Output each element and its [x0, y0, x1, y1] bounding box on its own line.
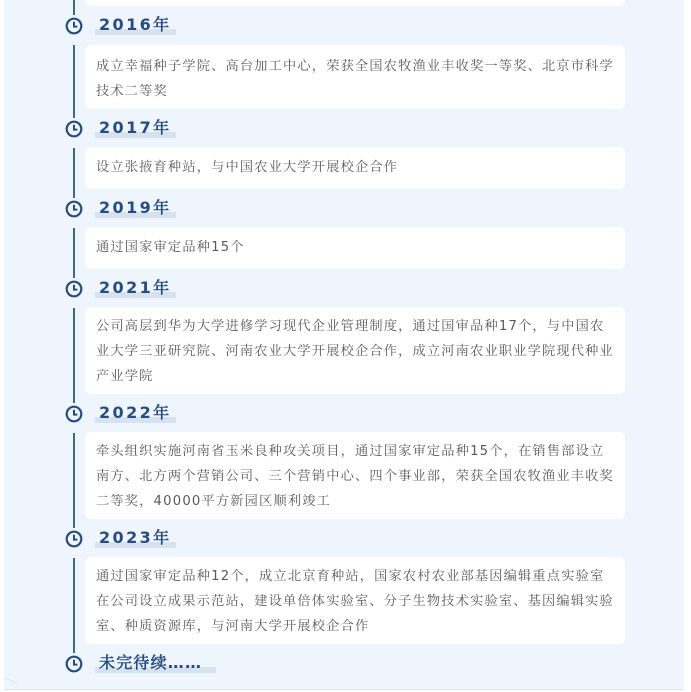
clock-icon [65, 530, 83, 548]
year-label: 2016年 [99, 14, 172, 36]
year-row-2021: 2021年 [0, 277, 300, 299]
card-text: 公司高层到华为大学进修学习现代企业管理制度，通过国审品种17个，与中国农业大学三… [96, 319, 614, 384]
card-text: 牵头组织实施河南省玉米良种攻关项目，通过国家审定品种15个，在销售部设立南方、北… [96, 444, 614, 509]
to-be-continued-label: 未完待续…… [99, 652, 202, 674]
year-label: 2021年 [99, 277, 172, 299]
timeline-line [73, 45, 75, 118]
year-row-2023: 2023年 [0, 527, 300, 549]
timeline-line [73, 0, 75, 15]
clock-icon [65, 280, 83, 298]
timeline-line [73, 308, 75, 403]
timeline-line [73, 433, 75, 528]
timeline-line [73, 558, 75, 653]
timeline-line [73, 148, 75, 198]
card-text: 通过国家审定品种12个，成立北京育种站，国家农村农业部基因编辑重点实验室在公司设… [96, 569, 614, 634]
year-label: 2023年 [99, 527, 172, 549]
year-label: 2019年 [99, 197, 172, 219]
timeline-card-2019: 通过国家审定品种15个 [85, 227, 625, 269]
card-text: 通过国家审定品种15个 [96, 240, 245, 255]
year-label: 2022年 [99, 402, 172, 424]
timeline-card-2017: 设立张掖育种站，与中国农业大学开展校企合作 [85, 147, 625, 189]
clock-icon [65, 655, 83, 673]
timeline-card-2016: 成立幸福种子学院、高台加工中心，荣获全国农牧渔业丰收奖一等奖、北京市科学技术二等… [85, 45, 625, 109]
year-label: 2017年 [99, 117, 172, 139]
clock-icon [65, 120, 83, 138]
clock-icon [65, 405, 83, 423]
year-row-2022: 2022年 [0, 402, 300, 424]
clock-icon [65, 17, 83, 35]
clock-icon [65, 200, 83, 218]
timeline-card-2021: 公司高层到华为大学进修学习现代企业管理制度，通过国审品种17个，与中国农业大学三… [85, 307, 625, 394]
to-be-continued-row: 未完待续…… [0, 652, 300, 674]
card-text: 设立张掖育种站，与中国农业大学开展校企合作 [96, 160, 398, 175]
year-row-2019: 2019年 [0, 197, 300, 219]
timeline-line [73, 228, 75, 278]
timeline-card-2022: 牵头组织实施河南省玉米良种攻关项目，通过国家审定品种15个，在销售部设立南方、北… [85, 432, 625, 519]
year-row-2017: 2017年 [0, 117, 300, 139]
timeline-card-2023: 通过国家审定品种12个，成立北京育种站，国家农村农业部基因编辑重点实验室在公司设… [85, 557, 625, 644]
year-row-2016: 2016年 [0, 14, 300, 36]
card-text: 成立幸福种子学院、高台加工中心，荣获全国农牧渔业丰收奖一等奖、北京市科学技术二等… [96, 59, 614, 99]
previous-card-tail [85, 0, 625, 6]
